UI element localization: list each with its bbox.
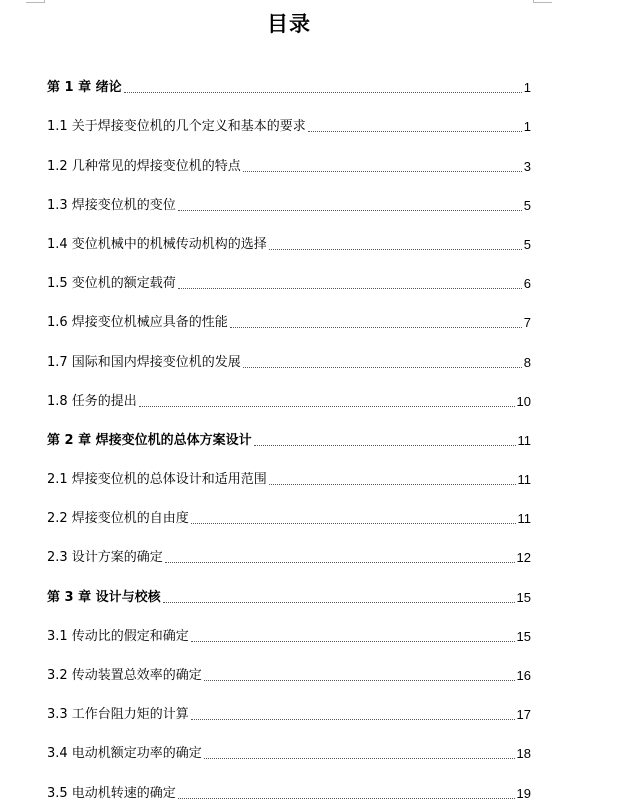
toc-entry-page: 5 <box>522 236 531 254</box>
dot-leader <box>204 757 515 759</box>
toc-entry-3-1[interactable]: 3.1 传动比的假定和确定 15 <box>47 607 531 646</box>
toc-entry-1-7[interactable]: 1.7 国际和国内焊接变位机的发展 8 <box>47 332 531 371</box>
toc-entry-page: 18 <box>515 745 531 763</box>
toc-entry-1-4[interactable]: 1.4 变位机械中的机械传动机构的选择 5 <box>47 215 531 254</box>
toc-entry-label: 1.1 关于焊接变位机的几个定义和基本的要求 <box>47 118 308 136</box>
toc-entry-label: 1.5 变位机的额定载荷 <box>47 275 178 293</box>
toc-title: 目录 <box>0 8 578 38</box>
toc-entry-1-1[interactable]: 1.1 关于焊接变位机的几个定义和基本的要求 1 <box>47 97 531 136</box>
toc-entry-label: 1.7 国际和国内焊接变位机的发展 <box>47 354 243 372</box>
toc-entry-page: 12 <box>515 549 531 567</box>
toc-entry-label: 1.8 任务的提出 <box>47 393 139 411</box>
toc-entry-page: 1 <box>522 79 531 97</box>
dot-leader <box>269 483 516 485</box>
dot-leader <box>124 91 522 93</box>
toc-entry-label: 1.6 焊接变位机械应具备的性能 <box>47 314 230 332</box>
dot-leader <box>243 170 522 172</box>
toc-entry-page: 11 <box>516 432 532 450</box>
dot-leader <box>178 287 522 289</box>
dot-leader <box>254 444 516 446</box>
toc-entry-page: 7 <box>522 314 531 332</box>
toc-entry-2-3[interactable]: 2.3 设计方案的确定 12 <box>47 528 531 567</box>
toc-entry-page: 5 <box>522 197 531 215</box>
toc-entry-chapter-1[interactable]: 第 1 章 绪论 1 <box>47 58 531 97</box>
dot-leader <box>191 522 516 524</box>
toc-entry-label: 第 3 章 设计与校核 <box>47 589 163 607</box>
toc-entry-1-6[interactable]: 1.6 焊接变位机械应具备的性能 7 <box>47 293 531 332</box>
dot-leader <box>308 130 522 132</box>
dot-leader <box>139 405 515 407</box>
toc-entry-1-5[interactable]: 1.5 变位机的额定载荷 6 <box>47 254 531 293</box>
dot-leader <box>178 209 522 211</box>
toc-entry-label: 3.5 电动机转速的确定 <box>47 785 178 803</box>
dot-leader <box>204 679 515 681</box>
toc-entry-chapter-3[interactable]: 第 3 章 设计与校核 15 <box>47 567 531 606</box>
toc-entry-page: 11 <box>516 510 532 528</box>
toc-entry-page: 15 <box>515 589 531 607</box>
dot-leader <box>191 640 515 642</box>
toc-entry-page: 6 <box>522 275 531 293</box>
toc-entry-page: 19 <box>515 785 531 803</box>
toc-entry-page: 15 <box>515 628 531 646</box>
page-corner-mark-left <box>26 0 45 3</box>
toc-entry-label: 1.2 几种常见的焊接变位机的特点 <box>47 158 243 176</box>
toc-entry-label: 1.4 变位机械中的机械传动机构的选择 <box>47 236 269 254</box>
dot-leader <box>269 248 522 250</box>
toc-entry-2-2[interactable]: 2.2 焊接变位机的自由度 11 <box>47 489 531 528</box>
toc-entry-3-2[interactable]: 3.2 传动装置总效率的确定 16 <box>47 646 531 685</box>
table-of-contents: 第 1 章 绪论 1 1.1 关于焊接变位机的几个定义和基本的要求 1 1.2 … <box>47 58 531 803</box>
page-corner-mark-right <box>533 0 552 3</box>
toc-entry-label: 2.1 焊接变位机的总体设计和适用范围 <box>47 471 269 489</box>
toc-entry-3-4[interactable]: 3.4 电动机额定功率的确定 18 <box>47 724 531 763</box>
dot-leader <box>163 601 515 603</box>
toc-entry-page: 1 <box>522 118 531 136</box>
toc-entry-2-1[interactable]: 2.1 焊接变位机的总体设计和适用范围 11 <box>47 450 531 489</box>
toc-entry-label: 3.2 传动装置总效率的确定 <box>47 667 204 685</box>
toc-entry-page: 11 <box>516 471 532 489</box>
toc-entry-label: 3.1 传动比的假定和确定 <box>47 628 191 646</box>
dot-leader <box>178 797 515 799</box>
toc-entry-1-8[interactable]: 1.8 任务的提出 10 <box>47 372 531 411</box>
toc-entry-label: 第 1 章 绪论 <box>47 79 124 97</box>
dot-leader <box>230 326 522 328</box>
toc-entry-3-3[interactable]: 3.3 工作台阻力矩的计算 17 <box>47 685 531 724</box>
dot-leader <box>165 561 515 563</box>
toc-entry-label: 3.3 工作台阻力矩的计算 <box>47 706 191 724</box>
toc-entry-page: 8 <box>522 354 531 372</box>
toc-entry-label: 2.2 焊接变位机的自由度 <box>47 510 191 528</box>
toc-entry-label: 第 2 章 焊接变位机的总体方案设计 <box>47 432 254 450</box>
toc-entry-page: 10 <box>515 393 531 411</box>
dot-leader <box>191 718 515 720</box>
toc-entry-page: 17 <box>515 706 531 724</box>
toc-entry-page: 3 <box>522 158 531 176</box>
toc-entry-chapter-2[interactable]: 第 2 章 焊接变位机的总体方案设计 11 <box>47 411 531 450</box>
toc-entry-1-2[interactable]: 1.2 几种常见的焊接变位机的特点 3 <box>47 136 531 175</box>
toc-entry-label: 1.3 焊接变位机的变位 <box>47 197 178 215</box>
dot-leader <box>243 366 522 368</box>
toc-entry-label: 2.3 设计方案的确定 <box>47 549 165 567</box>
toc-entry-label: 3.4 电动机额定功率的确定 <box>47 745 204 763</box>
toc-entry-1-3[interactable]: 1.3 焊接变位机的变位 5 <box>47 176 531 215</box>
toc-entry-3-5[interactable]: 3.5 电动机转速的确定 19 <box>47 763 531 802</box>
toc-entry-page: 16 <box>515 667 531 685</box>
